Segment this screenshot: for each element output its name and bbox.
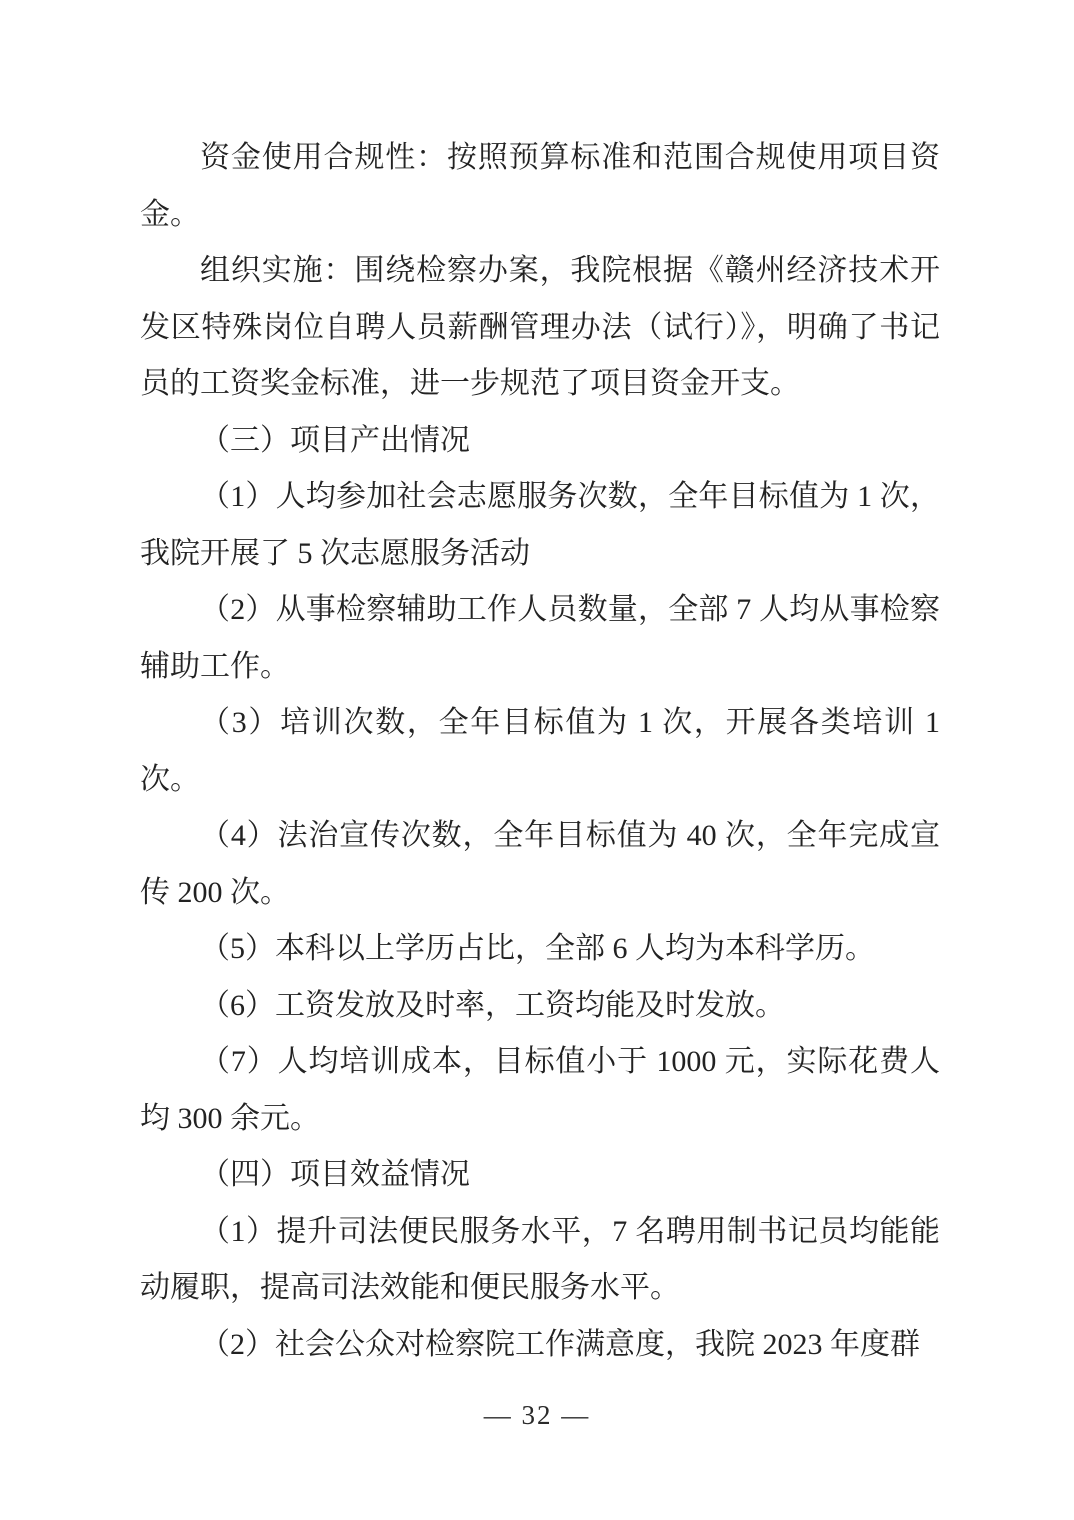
paragraph: 资金使用合规性：按照预算标准和范围合规使用项目资金。	[140, 130, 940, 243]
paragraph: 组织实施：围绕检察办案，我院根据《赣州经济技术开发区特殊岗位自聘人员薪酬管理办法…	[140, 243, 940, 413]
paragraph: （1）提升司法便民服务水平，7 名聘用制书记员均能能动履职，提高司法效能和便民服…	[140, 1204, 940, 1317]
paragraph: （三）项目产出情况	[140, 413, 940, 470]
paragraph: （4）法治宣传次数，全年目标值为 40 次，全年完成宣传 200 次。	[140, 808, 940, 921]
paragraph: （7）人均培训成本，目标值小于 1000 元，实际花费人均 300 余元。	[140, 1034, 940, 1147]
paragraph: （5）本科以上学历占比，全部 6 人均为本科学历。	[140, 921, 940, 978]
document-body: 资金使用合规性：按照预算标准和范围合规使用项目资金。组织实施：围绕检察办案，我院…	[140, 130, 940, 1373]
paragraph: （2）从事检察辅助工作人员数量，全部 7 人均从事检察辅助工作。	[140, 582, 940, 695]
paragraph: （四）项目效益情况	[140, 1147, 940, 1204]
document-page: 资金使用合规性：按照预算标准和范围合规使用项目资金。组织实施：围绕检察办案，我院…	[0, 0, 1074, 1520]
paragraph: （3）培训次数，全年目标值为 1 次，开展各类培训 1 次。	[140, 695, 940, 808]
paragraph: （6）工资发放及时率，工资均能及时发放。	[140, 978, 940, 1035]
paragraph: （1）人均参加社会志愿服务次数，全年目标值为 1 次，我院开展了 5 次志愿服务…	[140, 469, 940, 582]
paragraph: （2）社会公众对检察院工作满意度，我院 2023 年度群	[140, 1317, 940, 1374]
page-number: — 32 —	[0, 1400, 1074, 1431]
